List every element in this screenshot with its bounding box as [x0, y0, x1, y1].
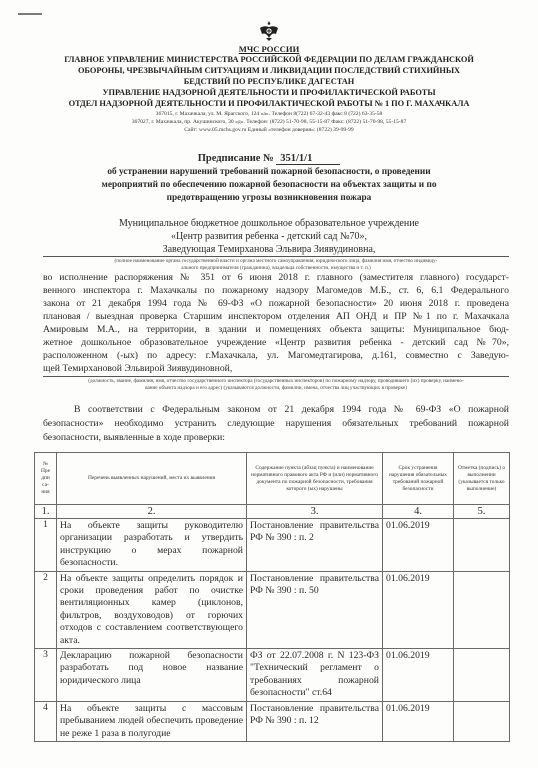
organization-line: Заведующая Темирханова Эльвира Зиявудино…: [0, 244, 538, 255]
inspector-caption: (должность, звание, фамилия, имя, отчест…: [43, 378, 509, 392]
table-row: 4 На объекте защиты с массовым пребывани…: [35, 701, 510, 741]
document-page: МЧС РОССИИ ГЛАВНОЕ УПРАВЛЕНИЕ МИНИСТЕРСТ…: [0, 0, 538, 768]
header-mark: Отметка (подпись) о выполнении (указывае…: [454, 453, 510, 505]
address-line: 367027, г. Махачкала, пр. Акушинского, 3…: [0, 119, 538, 125]
regulation-text: Постановление правительства РФ № 390 : п…: [247, 701, 383, 741]
basis-line: щей Темирхановой Эльвирой Зиявудиновной,: [43, 363, 509, 374]
header-violations: Перечень выявленных нарушений, места их …: [57, 453, 247, 505]
deadline: 01.06.2019: [383, 519, 454, 572]
subject-line: предотвращению угрозы возникновения пожа…: [0, 193, 538, 203]
header-line: БЕДСТВИЙ ПО РЕСПУБЛИКЕ ДАГЕСТАН: [0, 77, 538, 86]
column-number: 5.: [454, 505, 510, 519]
table-row: 1 На объекте защиты руководителю организ…: [35, 519, 510, 572]
organization-line: Муниципальное бюджетное дошкольное образ…: [0, 218, 538, 229]
header-line: ОБОРОНЫ, ЧРЕЗВЫЧАЙНЫМ СИТУАЦИЯМ И ЛИКВИД…: [0, 66, 538, 75]
basis-line: плановая / выездная проверка Старшим инс…: [43, 311, 509, 322]
address-line: 367015, г. Махачкала, ул. М. Ярагского, …: [0, 111, 538, 117]
header-line: УПРАВЛЕНИЕ НАДЗОРНОЙ ДЕЯТЕЛЬНОСТИ И ПРОФ…: [0, 88, 538, 97]
divider: [43, 256, 509, 257]
deadline: 01.06.2019: [383, 701, 454, 741]
table-row: 3 Декларацию пожарной безопасности разра…: [35, 649, 510, 702]
column-number: 3.: [247, 505, 383, 519]
column-number: 4.: [383, 505, 454, 519]
regulation-text: Постановление правительства РФ № 390 : п…: [247, 571, 383, 648]
scan-mark: [18, 13, 42, 15]
violation-text: На объекте защиты определить порядок и с…: [57, 571, 247, 648]
deadline: 01.06.2019: [383, 649, 454, 702]
basis-line: во исполнение распоряжения № 351 от 6 ию…: [43, 272, 509, 283]
table-row: 2 На объекте защиты определить порядок и…: [35, 571, 510, 648]
header-deadline: Срок устранения нарушения обязательных т…: [383, 453, 454, 505]
requirement-line: безопасности» необходимо устранить следу…: [43, 418, 509, 429]
completion-mark: [454, 571, 510, 648]
completion-mark: [454, 519, 510, 572]
row-index: 1: [35, 519, 57, 572]
violation-text: На объекте защиты с массовым пребыванием…: [57, 701, 247, 741]
header-regulation: Содержание пункта (абзац пункта) и наиме…: [247, 453, 383, 505]
header-line: ОТДЕЛ НАДЗОРНОЙ ДЕЯТЕЛЬНОСТИ И ПРОФИЛАКТ…: [0, 99, 538, 108]
header-order-number: № Пре дпи са- ния: [35, 453, 57, 505]
mchs-emblem-icon: [258, 20, 280, 42]
title-label: Предписание №: [198, 153, 274, 164]
basis-line: жетное дошкольное образовательное учрежд…: [43, 337, 509, 348]
basis-line: расположенном (-ых) по адресу: г.Махачка…: [43, 350, 509, 361]
requirement-line: В соответствии с Федеральным законом от …: [74, 404, 509, 415]
subject-line: об устранении нарушений требований пожар…: [0, 167, 538, 177]
regulation-text: ФЗ от 22.07.2008 г. N 123-ФЗ "Технически…: [247, 649, 383, 702]
basis-line: Амировым М.А., на территории, в здании и…: [43, 324, 509, 335]
requirement-line: безопасности, выявленные в ходе проверки…: [43, 432, 509, 443]
organization-caption: (полное наименование органа государствен…: [43, 258, 509, 272]
document-title: Предписание № 351/1/1: [0, 153, 538, 165]
basis-line: закона от 21 декабря 1994 года № 69-ФЗ «…: [43, 298, 509, 309]
row-index: 4: [35, 701, 57, 741]
divider: [43, 376, 509, 377]
regulation-text: Постановление правительства РФ № 390 : п…: [247, 519, 383, 572]
violation-text: Декларацию пожарной безопасности разрабо…: [57, 649, 247, 702]
column-number: 2.: [57, 505, 247, 519]
column-number: 1.: [35, 505, 57, 519]
row-index: 2: [35, 571, 57, 648]
document-number: 351/1/1: [276, 153, 340, 165]
violations-table: № Пре дпи са- ния Перечень выявленных на…: [34, 452, 510, 742]
contacts-line: Сайт: www.05.mchs.gov.ru Единый «телефон…: [0, 127, 538, 133]
basis-line: венного инспектора г. Махачкалы по пожар…: [43, 285, 509, 296]
completion-mark: [454, 701, 510, 741]
violation-text: На объекте защиты руководителю организац…: [57, 519, 247, 572]
subject-line: мероприятий по обеспечению пожарной безо…: [0, 180, 538, 190]
deadline: 01.06.2019: [383, 571, 454, 648]
organization-line: «Центр развития ребенка - детский сад №7…: [0, 231, 538, 242]
completion-mark: [454, 649, 510, 702]
agency-name: МЧС РОССИИ: [0, 44, 538, 54]
header-line: ГЛАВНОЕ УПРАВЛЕНИЕ МИНИСТЕРСТВА РОССИЙСК…: [0, 55, 538, 64]
row-index: 3: [35, 649, 57, 702]
